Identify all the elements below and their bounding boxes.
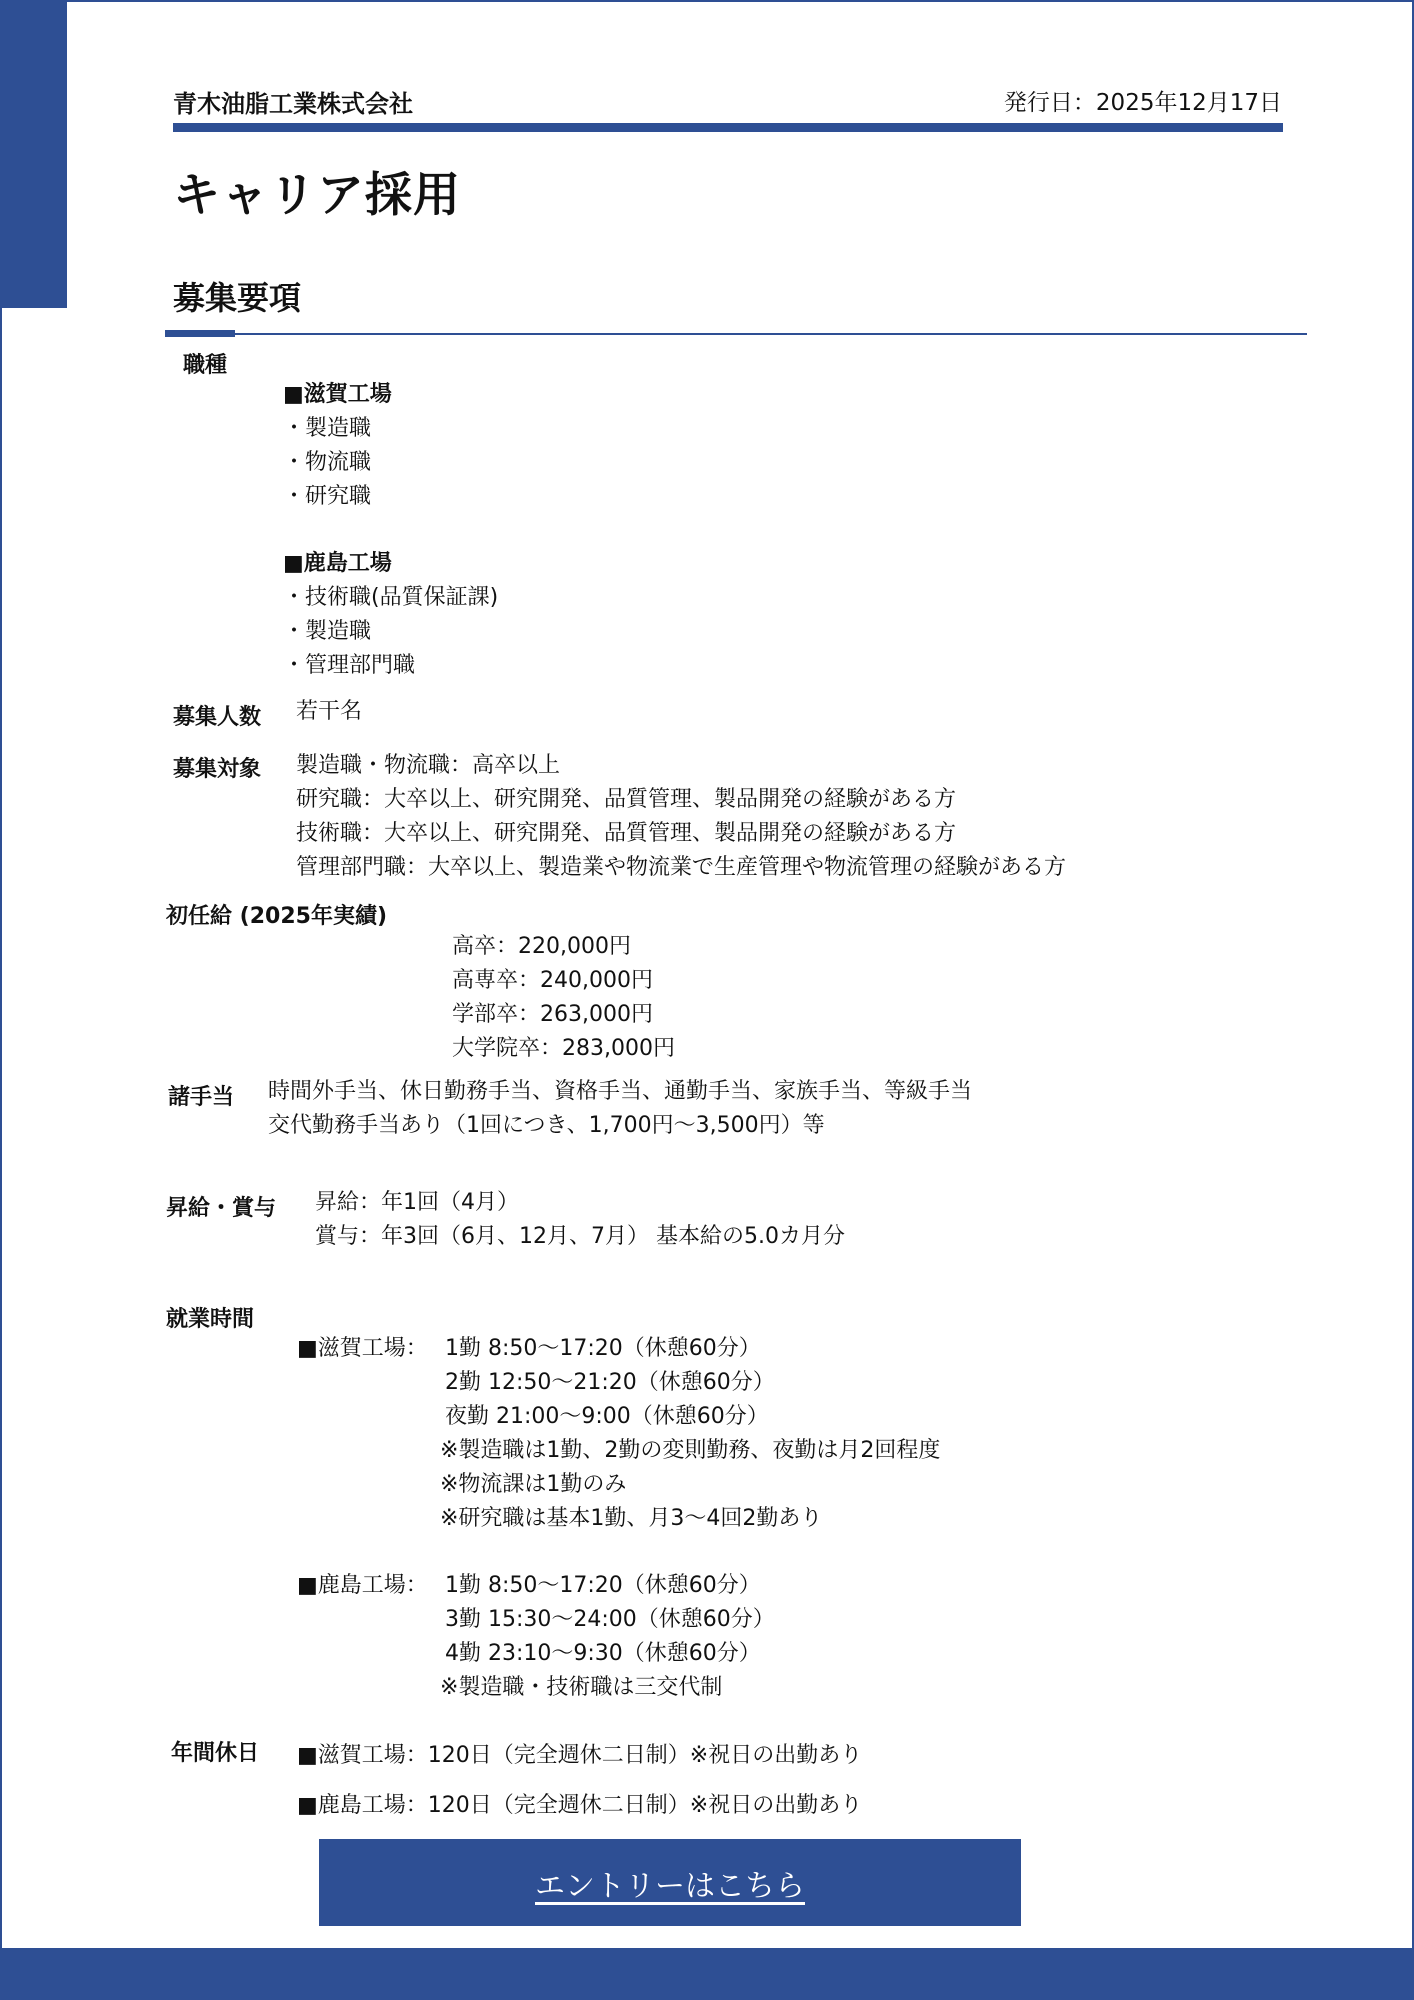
target-line: 管理部門職：大卒以上、製造業や物流業で生産管理や物流管理の経験がある方 <box>296 851 1066 885</box>
kashima-hours-heading: ■鹿島工場： <box>297 1569 428 1603</box>
target-line: 製造職・物流職：高卒以上 <box>296 749 1066 783</box>
list-item: ・物流職 <box>283 446 392 480</box>
kashima-factory-heading: ■鹿島工場 <box>283 547 498 581</box>
salary-line: 高専卒：240,000円 <box>452 964 675 998</box>
raise-bonus-label: 昇給・賞与 <box>166 1191 276 1222</box>
kashima-hours-list: 1勤 8:50～17:20（休憩60分） 3勤 15:30～24:00（休憩60… <box>445 1569 775 1671</box>
footer-bar <box>0 1948 1414 2000</box>
shift-note: ※研究職は基本1勤、月3～4回2勤あり <box>440 1502 940 1536</box>
starting-salary-label: 初任給 (2025年実績) <box>166 899 387 930</box>
shift-line: 夜勤 21:00～9:00（休憩60分） <box>445 1400 775 1434</box>
working-hours-label: 就業時間 <box>166 1302 254 1333</box>
list-item: ・製造職 <box>283 615 498 649</box>
holiday-line: ■鹿島工場：120日（完全週休二日制）※祝日の出勤あり <box>297 1781 862 1831</box>
shift-line: 2勤 12:50～21:20（休憩60分） <box>445 1366 775 1400</box>
shift-line: 3勤 15:30～24:00（休憩60分） <box>445 1603 775 1637</box>
shift-line: 1勤 8:50～17:20（休憩60分） <box>445 1332 775 1366</box>
target-line: 技術職：大卒以上、研究開発、品質管理、製品開発の経験がある方 <box>296 817 1066 851</box>
salary-line: 高卒：220,000円 <box>452 930 675 964</box>
job-types-shiga: ■滋賀工場 ・製造職 ・物流職 ・研究職 <box>283 378 392 514</box>
company-name: 青木油脂工業株式会社 <box>173 84 413 119</box>
shift-note: ※物流課は1勤のみ <box>440 1468 940 1502</box>
list-item: ・製造職 <box>283 412 392 446</box>
allowance-line: 交代勤務手当あり（1回につき、1,700円～3,500円）等 <box>268 1109 972 1143</box>
target-label: 募集対象 <box>173 752 261 783</box>
allowance-line: 時間外手当、休日勤務手当、資格手当、通勤手当、家族手当、等級手当 <box>268 1075 972 1109</box>
shiga-hours-notes: ※製造職は1勤、2勤の変則勤務、夜勤は月2回程度 ※物流課は1勤のみ ※研究職は… <box>440 1434 940 1536</box>
raise-bonus-line: 昇給：年1回（4月） <box>315 1186 845 1220</box>
shift-line: 4勤 23:10～9:30（休憩60分） <box>445 1637 775 1671</box>
shift-note: ※製造職は1勤、2勤の変則勤務、夜勤は月2回程度 <box>440 1434 940 1468</box>
raise-bonus-line: 賞与：年3回（6月、12月、7月） 基本給の5.0カ月分 <box>315 1220 845 1254</box>
list-item: ・技術職(品質保証課) <box>283 581 498 615</box>
decorative-left-band <box>0 0 67 308</box>
shiga-hours-list: 1勤 8:50～17:20（休憩60分） 2勤 12:50～21:20（休憩60… <box>445 1332 775 1434</box>
allowances-label: 諸手当 <box>168 1080 234 1111</box>
salary-line: 学部卒：263,000円 <box>452 998 675 1032</box>
headcount-value: 若干名 <box>296 695 362 729</box>
holiday-line: ■滋賀工場：120日（完全週休二日制）※祝日の出勤あり <box>297 1731 862 1781</box>
shift-note: ※製造職・技術職は三交代制 <box>440 1671 722 1705</box>
job-types-kashima: ■鹿島工場 ・技術職(品質保証課) ・製造職 ・管理部門職 <box>283 547 498 683</box>
headcount-label: 募集人数 <box>173 700 261 731</box>
page-title: キャリア採用 <box>173 158 461 225</box>
section-title: 募集要項 <box>173 273 301 319</box>
section-divider <box>235 333 1307 335</box>
entry-button[interactable]: エントリーはこちら <box>319 1839 1021 1926</box>
target-list: 製造職・物流職：高卒以上 研究職：大卒以上、研究開発、品質管理、製品開発の経験が… <box>296 749 1066 885</box>
list-item: ・管理部門職 <box>283 649 498 683</box>
list-item: ・研究職 <box>283 480 392 514</box>
salary-line: 大学院卒：283,000円 <box>452 1032 675 1066</box>
header-divider <box>173 123 1283 132</box>
target-line: 研究職：大卒以上、研究開発、品質管理、製品開発の経験がある方 <box>296 783 1066 817</box>
issue-date: 発行日：2025年12月17日 <box>1004 84 1282 117</box>
holidays-label: 年間休日 <box>171 1736 259 1767</box>
section-divider-accent <box>165 330 235 337</box>
job-types-label: 職種 <box>183 348 227 379</box>
raise-bonus-list: 昇給：年1回（4月） 賞与：年3回（6月、12月、7月） 基本給の5.0カ月分 <box>315 1186 845 1254</box>
shiga-hours-heading: ■滋賀工場： <box>297 1332 428 1366</box>
holidays-list: ■滋賀工場：120日（完全週休二日制）※祝日の出勤あり ■鹿島工場：120日（完… <box>297 1731 862 1831</box>
allowances-list: 時間外手当、休日勤務手当、資格手当、通勤手当、家族手当、等級手当 交代勤務手当あ… <box>268 1075 972 1143</box>
starting-salary-list: 高卒：220,000円 高専卒：240,000円 学部卒：263,000円 大学… <box>452 930 675 1066</box>
shiga-factory-heading: ■滋賀工場 <box>283 378 392 412</box>
shift-line: 1勤 8:50～17:20（休憩60分） <box>445 1569 775 1603</box>
kashima-hours-notes: ※製造職・技術職は三交代制 <box>440 1671 722 1705</box>
